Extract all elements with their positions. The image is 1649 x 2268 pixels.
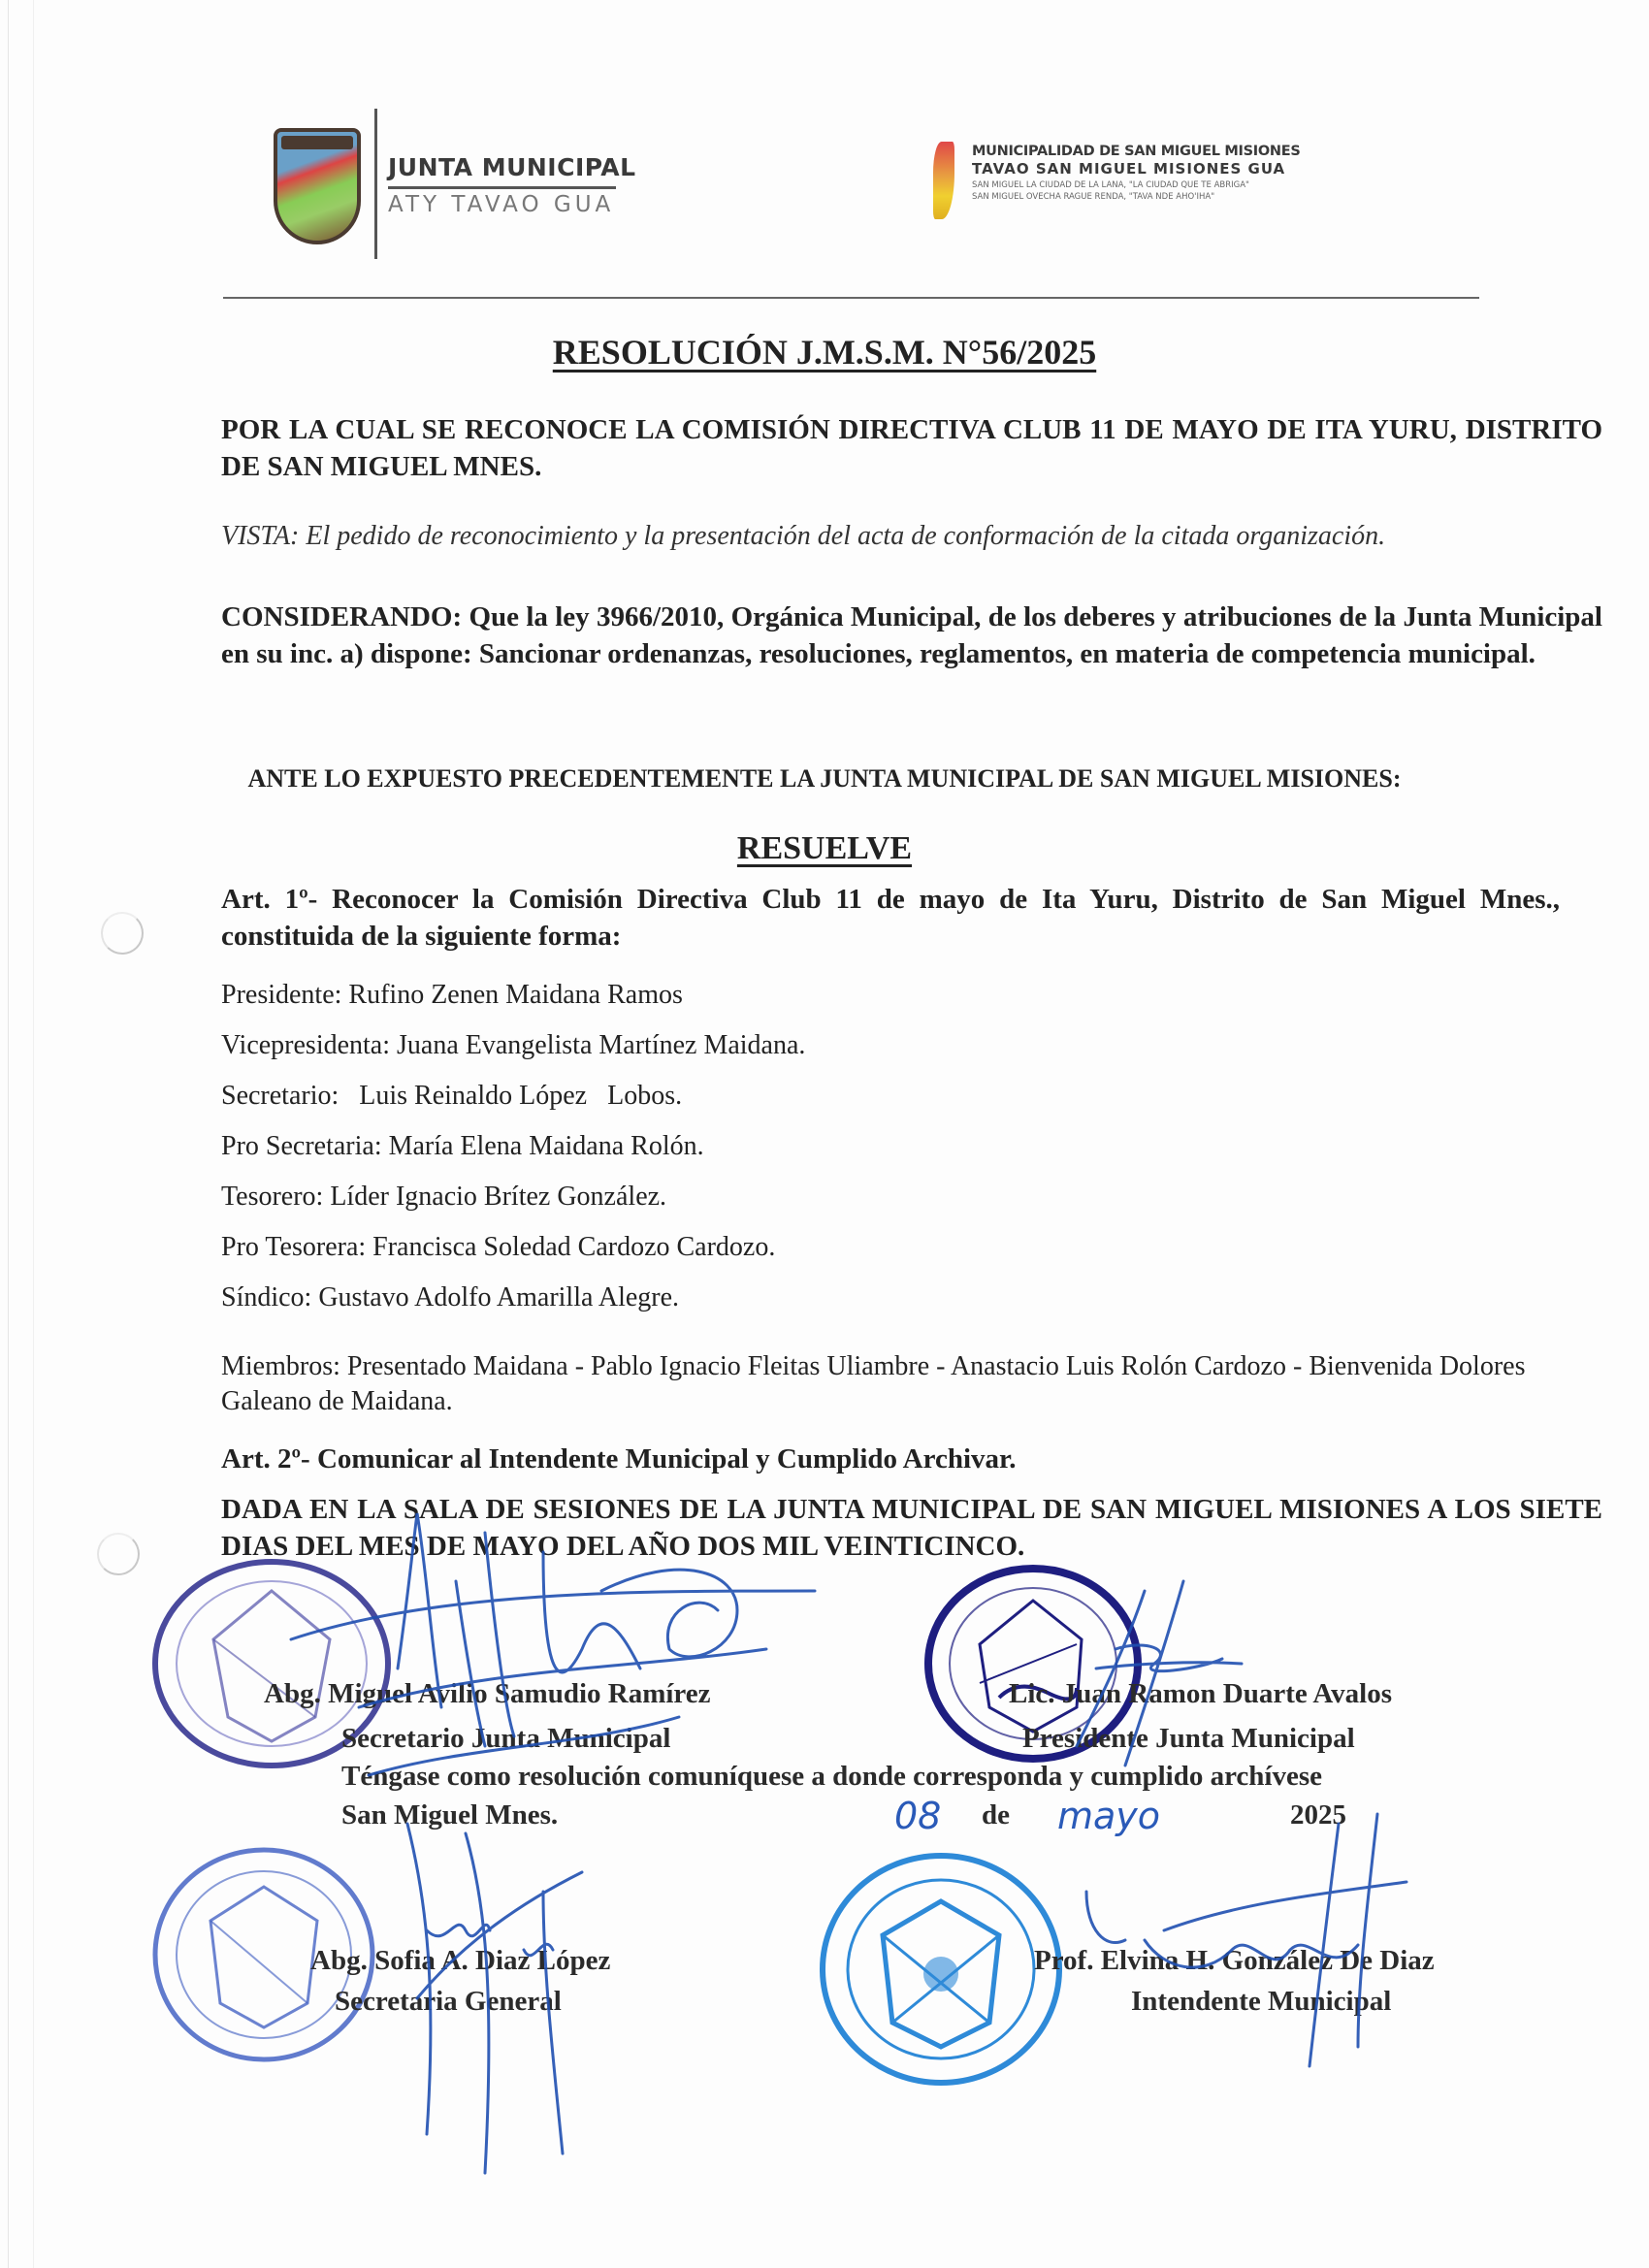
scanned-document-page: JUNTA MUNICIPAL ATY TAVAO GUA MUNICIPALI…: [0, 0, 1649, 2268]
signatures-ink: [0, 0, 1649, 2268]
